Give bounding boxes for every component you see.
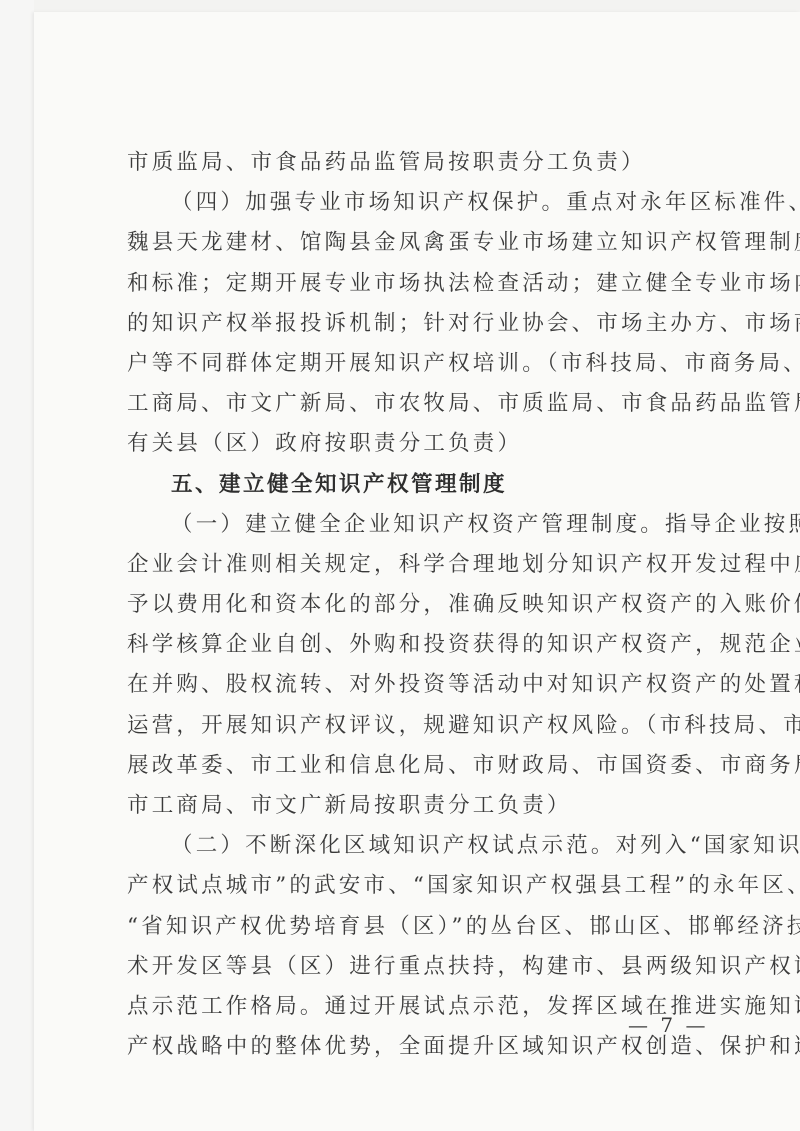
section-heading-5: 五、建立健全知识产权管理制度 [127,468,715,508]
text-line: 工商局、市文广新局、市农牧局、市质监局、市食品药品监管局， [127,387,715,427]
text-line: 展改革委、市工业和信息化局、市财政局、市国资委、市商务局、 [127,749,715,789]
paragraph-2-start: （二）不断深化区域知识产权试点示范。对列入“国家知识 [127,829,715,869]
text-line: 和标准；定期开展专业市场执法检查活动；建立健全专业市场内 [127,267,715,307]
text-line: 予以费用化和资本化的部分，准确反映知识产权资产的入账价值。 [127,588,715,628]
text-line: 魏县天龙建材、馆陶县金凤禽蛋专业市场建立知识产权管理制度 [127,226,715,266]
text-line: 市质监局、市食品药品监管局按职责分工负责） [127,146,715,186]
document-body: 市质监局、市食品药品监管局按职责分工负责） （四）加强专业市场知识产权保护。重点… [127,146,715,1070]
text-line: 户等不同群体定期开展知识产权培训。（市科技局、市商务局、市 [127,347,715,387]
text-line: 运营，开展知识产权评议，规避知识产权风险。（市科技局、市发 [127,709,715,749]
scan-left-margin [0,0,34,1131]
paragraph-4-start: （四）加强专业市场知识产权保护。重点对永年区标准件、 [127,186,715,226]
text-line: 术开发区等县（区）进行重点扶持，构建市、县两级知识产权试 [127,950,715,990]
text-line: 市工商局、市文广新局按职责分工负责） [127,789,715,829]
text-line: “省知识产权优势培育县（区）”的丛台区、邯山区、邯郸经济技 [127,910,715,950]
text-line: 在并购、股权流转、对外投资等活动中对知识产权资产的处置和 [127,668,715,708]
text-line: 产权战略中的整体优势，全面提升区域知识产权创造、保护和运 [127,1030,715,1070]
text-line: 科学核算企业自创、外购和投资获得的知识产权资产，规范企业 [127,628,715,668]
text-line: 的知识产权举报投诉机制；针对行业协会、市场主办方、市场商 [127,307,715,347]
text-line: 产权试点城市”的武安市、“国家知识产权强县工程”的永年区、 [127,869,715,909]
text-line: 有关县（区）政府按职责分工负责） [127,427,715,467]
paragraph-1-start: （一）建立健全企业知识产权资产管理制度。指导企业按照 [127,508,715,548]
page-number: — 7 — [628,1013,708,1037]
text-line: 企业会计准则相关规定，科学合理地划分知识产权开发过程中应 [127,548,715,588]
text-line: 点示范工作格局。通过开展试点示范，发挥区域在推进实施知识 [127,990,715,1030]
